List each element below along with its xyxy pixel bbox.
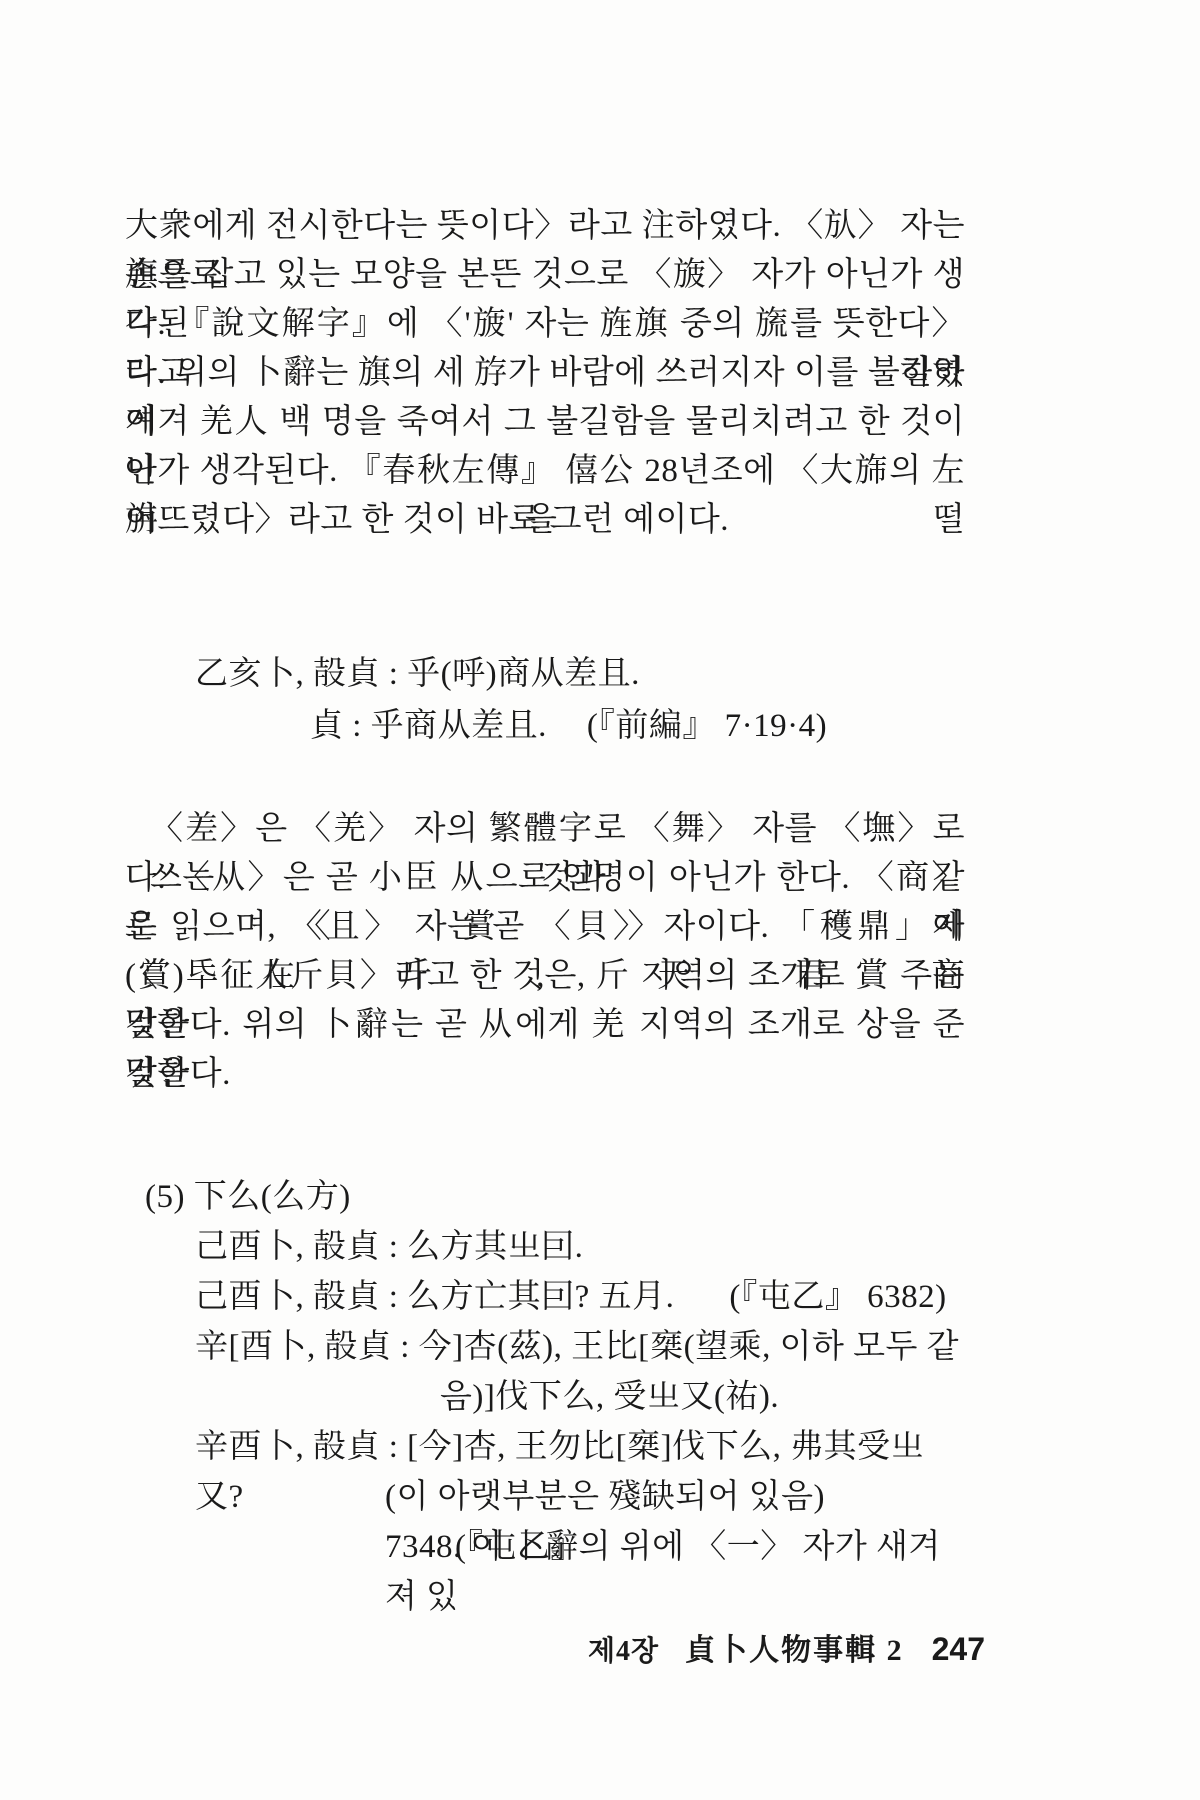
body-paragraph-2: 〈差〉은 〈羌〉 자의 繁體字로 〈舞〉 자를 〈墲〉로 쓰는 것과 같 다. … bbox=[125, 805, 965, 1099]
paragraph-line: 로 읽으며, 〈且〉 자는 곧 〈貝〉 자이다. 「穫鼎」에 〈在斤, 天君商 bbox=[125, 903, 965, 952]
paragraph-line: 〈差〉은 〈羌〉 자의 繁體字로 〈舞〉 자를 〈墲〉로 쓰는 것과 같 bbox=[125, 805, 965, 854]
section-5: (5) 下么(么方) 己酉卜, 㱿貞 : 么方其㞢囙. 己酉卜, 㱿貞 : 么方… bbox=[125, 1172, 965, 1572]
editorial-note-line: (이 아랫부분은 殘缺되어 있음)(『屯乙』 bbox=[125, 1472, 965, 1522]
paragraph-line: 말한다. bbox=[125, 1050, 965, 1099]
section-heading: (5) 下么(么方) bbox=[125, 1172, 965, 1222]
oracle-quote-text: 己酉卜, 㱿貞 : 么方亡其囙? 五月. bbox=[195, 1279, 674, 1315]
paragraph-line: (賞)氒征人斤貝〉라고 한 것은, 斤 지역의 조개로 賞 주는 것을 bbox=[125, 952, 965, 1001]
paragraph-line: 닌가 생각된다. 『春秋左傳』 僖公 28년조에 〈大旆의 左旃을 떨 bbox=[125, 447, 965, 496]
paragraph-line: 여겨 羌人 백 명을 죽여서 그 불길함을 물리치려고 한 것이 아 bbox=[125, 398, 965, 447]
oracle-quote-line: 乙亥卜, 㱿貞 : 乎(呼)商从差且. bbox=[125, 648, 965, 700]
body-paragraph-1: 大衆에게 전시한다는 뜻이다〉라고 注하였다. 〈㫃〉 자는 손으로 旗를 잡고… bbox=[125, 202, 965, 545]
paragraph-line: 旗를 잡고 있는 모양을 본뜬 것으로 〈旇〉 자가 아닌가 생각된 bbox=[125, 251, 965, 300]
paragraph-line: 다. 〈从〉은 곧 小臣 从으로 인명이 아닌가 한다. 〈商〉은 〈賞〉 자 bbox=[125, 854, 965, 903]
oracle-quote-line: 辛酉卜, 㱿貞 : [今]杏, 王勿比𦣠[椉]伐下么, 弗其受㞢又? bbox=[125, 1422, 965, 1472]
oracle-quote-line: 己酉卜, 㱿貞 : 么方其㞢囙. bbox=[125, 1222, 965, 1272]
paragraph-line: 다. 『說文解字』에 〈'旇' 자는 旌旗 중의 旒를 뜻한다〉라고 하였 bbox=[125, 300, 965, 349]
paragraph-line: 다. 위의 卜辭는 旗의 세 斿가 바람에 쓰러지자 이를 불길하게 bbox=[125, 349, 965, 398]
oracle-quote-continuation: 음)]伐下么, 受㞢又(祐). bbox=[125, 1372, 965, 1422]
chapter-label: 제4장 bbox=[588, 1636, 659, 1667]
page-number: 247 bbox=[932, 1631, 985, 1667]
oracle-quote-text: 貞 : 乎商从差且. bbox=[310, 708, 547, 744]
oracle-quote-line: 己酉卜, 㱿貞 : 么方亡其囙? 五月.(『屯乙』 6382) bbox=[125, 1272, 965, 1322]
page-footer: 제4장貞卜人物事輯 2247 bbox=[125, 1625, 985, 1669]
paragraph-line: 大衆에게 전시한다는 뜻이다〉라고 注하였다. 〈㫃〉 자는 손으로 bbox=[125, 202, 965, 251]
editorial-note-line: 7348. 이 卜辭의 위에 〈一〉 자가 새겨져 있 bbox=[125, 1522, 965, 1572]
book-page: 大衆에게 전시한다는 뜻이다〉라고 注하였다. 〈㫃〉 자는 손으로 旗를 잡고… bbox=[0, 0, 1200, 1800]
oracle-quote-line: 貞 : 乎商从差且.(『前編』 7·19·4) bbox=[125, 700, 965, 752]
source-citation: (『屯乙』 6382) bbox=[729, 1272, 946, 1322]
oracle-quote-line: 辛[酉卜, 㱿貞 : 今]杏(茲), 王比[𦣠椉(望乘, 이하 모두 같 bbox=[125, 1322, 965, 1372]
editorial-note-text: (이 아랫부분은 殘缺되어 있음) bbox=[385, 1479, 825, 1515]
paragraph-line: 말한다. 위의 卜辭는 곧 从에게 羌 지역의 조개로 상을 준 것을 bbox=[125, 1001, 965, 1050]
source-citation: (『前編』 7·19·4) bbox=[587, 700, 827, 752]
book-title: 貞卜人物事輯 2 bbox=[685, 1634, 904, 1667]
oracle-quote-block-1: 乙亥卜, 㱿貞 : 乎(呼)商从差且. 貞 : 乎商从差且.(『前編』 7·19… bbox=[125, 648, 965, 752]
